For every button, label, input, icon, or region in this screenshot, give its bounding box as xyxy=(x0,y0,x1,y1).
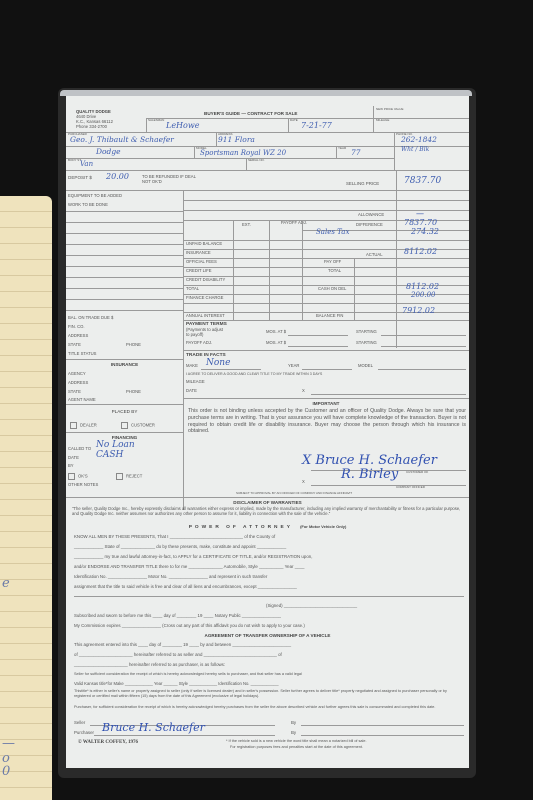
credit-life-label: CREDIT LIFE xyxy=(186,269,212,274)
trade-agree-text: I AGREE TO DELIVER A GOOD AND CLEAR TITL… xyxy=(186,372,322,376)
poa-title: POWER OF ATTORNEY xyxy=(189,525,293,530)
officer-x-label: X xyxy=(302,480,305,485)
pad-handwriting: e xyxy=(2,576,10,591)
called-to-value: No Loan xyxy=(96,440,135,450)
called-to-label: CALLED TO xyxy=(68,447,91,452)
important-text: This order is not binding unless accepte… xyxy=(188,408,466,435)
trade-mileage-label: MILEAGE xyxy=(186,380,205,385)
agreement-line: Thistitle* is either in seller's name or… xyxy=(74,689,464,698)
total-label: TOTAL xyxy=(328,269,341,274)
poa-heading: POWER OF ATTORNEY (For Motor Vehicle Onl… xyxy=(66,525,469,531)
mileage-label: MILEAGE xyxy=(376,119,389,122)
selling-price-label: SELLING PRICE xyxy=(346,181,379,186)
financing-date-value: CASH xyxy=(96,450,123,460)
salesman-value: LeHowe xyxy=(166,121,199,130)
body-value: Van xyxy=(80,160,93,168)
poa-line: Identification No. ________________ Moto… xyxy=(74,574,464,579)
purchaser-by-label: By xyxy=(291,730,296,735)
poa-line: Subscribed and sworn to before me this _… xyxy=(74,613,464,618)
poa-line: ____________ my true and lawful attorney… xyxy=(74,554,464,559)
agreement-line: Purchaser, for sufficient consideration … xyxy=(74,705,464,710)
unpaid-balance-label: UNPAID BALANCE xyxy=(186,242,222,247)
deposit-value: 20.00 xyxy=(106,172,129,181)
salesman-label: SALESMAN xyxy=(148,119,164,122)
finance-charge-label: FINANCE CHARGE xyxy=(186,296,223,301)
balance-fin-label: BALANCE FIN xyxy=(316,314,343,319)
purchaser-value: Geo. J. Thibault & Schaefer xyxy=(70,136,174,145)
pad-handwriting: 0 xyxy=(2,764,10,779)
difference-value: 7837.70 xyxy=(404,218,437,227)
bal-trade-label: BAL. ON TRADE DUE $ xyxy=(68,316,113,321)
insurance-address-label: ADDRESS xyxy=(68,381,88,386)
purchaser-label: Purchaser xyxy=(74,730,94,735)
phone-value: 262-1842 xyxy=(401,136,437,145)
sales-tax-value: 274.32 xyxy=(411,227,439,236)
officer-label: COMPANY OFFICER xyxy=(396,486,425,489)
mos-at-label-1: MOS. AT $ xyxy=(266,330,286,335)
sales-contract-document: QUALITY DODGE 4640 Drive K.C., Kansas 66… xyxy=(66,96,469,768)
title-status-label: TITLE STATUS xyxy=(68,352,96,357)
customer-checkbox-label: CUSTOMER xyxy=(131,423,155,428)
annual-interest-label: ANNUAL INTEREST xyxy=(186,314,225,319)
dealer-checkbox-label: DEALER xyxy=(80,423,97,428)
ok-checkbox[interactable] xyxy=(68,473,75,480)
other-notes-label: OTHER NOTES xyxy=(68,483,98,488)
financing-reject[interactable]: REJECT xyxy=(116,473,142,480)
reject-checkbox[interactable] xyxy=(116,473,123,480)
insurance-row-label: INSURANCE xyxy=(186,251,211,256)
insurance-phone-label: PHONE xyxy=(126,390,141,395)
insurance-heading: INSURANCE xyxy=(66,362,183,367)
insurance-state-label: STATE xyxy=(68,390,81,395)
trade-model-label: MODEL xyxy=(358,364,373,369)
address-value: 911 Flora xyxy=(218,136,255,145)
customer-checkbox[interactable] xyxy=(121,422,128,429)
trade-date-label: DATE xyxy=(186,389,197,394)
footnote-2: For registration purposes fees and penal… xyxy=(230,745,466,749)
trade-x-label: X xyxy=(302,389,305,394)
purchaser-signature: Bruce H. Schaefer xyxy=(102,722,205,735)
poa-line: assignment that the title to said vehicl… xyxy=(74,584,464,589)
trade-make-label: MAKE xyxy=(186,364,198,369)
important-heading: IMPORTANT xyxy=(183,401,469,406)
fin-phone-label: PHONE xyxy=(126,343,141,348)
difference-label: DIFFERENCE xyxy=(356,223,383,228)
ok-checkbox-label: OK'S xyxy=(78,474,88,479)
dealer-checkbox[interactable] xyxy=(70,422,77,429)
placed-by-customer[interactable]: CUSTOMER xyxy=(121,422,155,429)
financing-by-label: BY xyxy=(68,464,74,469)
cash-on-del-value: 8112.02 xyxy=(406,282,439,291)
trade-make-value: None xyxy=(206,358,230,368)
color-value: Wht / Blk xyxy=(401,147,429,154)
agreement-line: of ______________________ hereinafter re… xyxy=(74,652,464,657)
model-value: Sportsman Royal WZ 20 xyxy=(200,149,286,157)
sales-tax-label: Sales Tax xyxy=(316,228,349,236)
ext-col-header: EXT. xyxy=(242,223,251,228)
mos-at-label-2: MOS. AT $ xyxy=(266,341,286,346)
agreement-line: Valid Kansas title*for Make ____________… xyxy=(74,682,464,687)
poa-line: and/or ENDORSE AND TRANSFER TITLE there … xyxy=(74,564,464,569)
allowance-label: ALLOWANCE xyxy=(358,213,384,218)
agreement-line: ______________________ hereinafter refer… xyxy=(74,662,464,667)
cash-on-del-label: CASH ON DEL xyxy=(318,287,346,292)
customer-ok-label: CUSTOMER OK xyxy=(406,471,428,474)
fin-state-label: STATE xyxy=(68,343,81,348)
agreement-line: Seller for sufficient consideration the … xyxy=(74,672,464,676)
price-class-label: NEW PRICE VALUE xyxy=(376,108,403,111)
poa-line: KNOW ALL MEN BY THESE PRESENTS, That I _… xyxy=(74,534,464,539)
deposit-label: DEPOSIT $ xyxy=(68,175,92,180)
footnote-1: * If the vehicle sold is a new vehicle t… xyxy=(226,739,466,743)
insurance-agency-label: AGENCY xyxy=(68,372,86,377)
official-fees-label: OFFICIAL FEES xyxy=(186,260,217,265)
seller-label: Seller xyxy=(74,720,85,725)
credit-disability-label: CREDIT DISABILITY xyxy=(186,278,225,283)
starting-label-1: STARTING xyxy=(356,330,377,335)
payoff-adj-label: PAYOFF ADJ. xyxy=(186,341,212,346)
agreement-heading: AGREEMENT OF TRANSFER OWNERSHIP OF A VEH… xyxy=(66,633,469,638)
payment-terms-note: (Payments to adjust to payoff) xyxy=(186,328,226,338)
fin-co-label: FIN. CO. xyxy=(68,325,85,330)
make-value: Dodge xyxy=(96,148,121,157)
balance-fin-value: 7912.02 xyxy=(402,306,435,315)
allowance-value: — xyxy=(416,209,424,218)
disclaimer-heading: DISCLAIMER OF WARRANTIES xyxy=(66,500,469,505)
poa-signed-line: (Signed) ______________________________ xyxy=(266,603,466,608)
equipment-label: EQUIPMENT TO BE ADDED xyxy=(68,194,122,199)
agent-name-label: AGENT NAME xyxy=(68,398,96,403)
actual-value: 8112.02 xyxy=(404,247,437,256)
selling-price-value: 7837.70 xyxy=(404,176,441,186)
poa-line: My Commission expires ________________ (… xyxy=(74,623,464,628)
work-label: WORK TO BE DONE xyxy=(68,203,108,208)
placed-by-heading: PLACED BY xyxy=(66,409,183,414)
document-title: BUYER'S GUIDE — CONTRACT FOR SALE xyxy=(204,111,297,116)
financing-ok[interactable]: OK'S xyxy=(68,473,88,480)
pad-handwriting: — xyxy=(2,736,15,751)
starting-label-2: STARTING xyxy=(356,341,377,346)
subject-to-approval-note: SUBJECT TO APPROVAL BY AN OFFICER OF COM… xyxy=(236,492,352,495)
refund-note: TO BE REFUNDED IF DEAL NOT OK'D xyxy=(142,175,202,185)
total-row-label: TOTAL xyxy=(186,287,199,292)
placed-by-dealer[interactable]: DEALER xyxy=(70,422,97,429)
year-value: 77 xyxy=(351,149,361,158)
copyright: © WALTER COFFEY, 1976 xyxy=(78,740,138,746)
date-value: 7-21-77 xyxy=(301,121,332,130)
trade-year-label: YEAR xyxy=(288,364,299,369)
fin-address-label: ADDRESS xyxy=(68,334,88,339)
poa-line: ____________ State of ______________ do … xyxy=(74,544,464,549)
date-label: DATE xyxy=(290,119,298,122)
seller-by-label: By xyxy=(291,720,296,725)
year-label: YEAR xyxy=(338,147,346,150)
dealer-phone: Phone 334-2700 xyxy=(76,125,107,130)
cash-on-del-less-value: 200.00 xyxy=(411,291,436,299)
officer-signature: R. Birley xyxy=(341,468,398,483)
reject-checkbox-label: REJECT xyxy=(126,474,142,479)
disclaimer-text: "The seller, Quality Dodge Inc., hereby … xyxy=(72,506,464,517)
serial-label: SERIAL NO. xyxy=(248,159,265,162)
financing-date-label: DATE xyxy=(68,456,79,461)
payoff-adj-col-header: PAYOFF ADJ. xyxy=(279,221,309,226)
agreement-line: This agreement entered into this ____ da… xyxy=(74,642,464,647)
legal-pad-paper: e — o 0 xyxy=(0,196,52,800)
pay-off-label: PAY OFF xyxy=(324,260,341,265)
poa-subtitle: (For Motor Vehicle Only) xyxy=(300,524,346,529)
